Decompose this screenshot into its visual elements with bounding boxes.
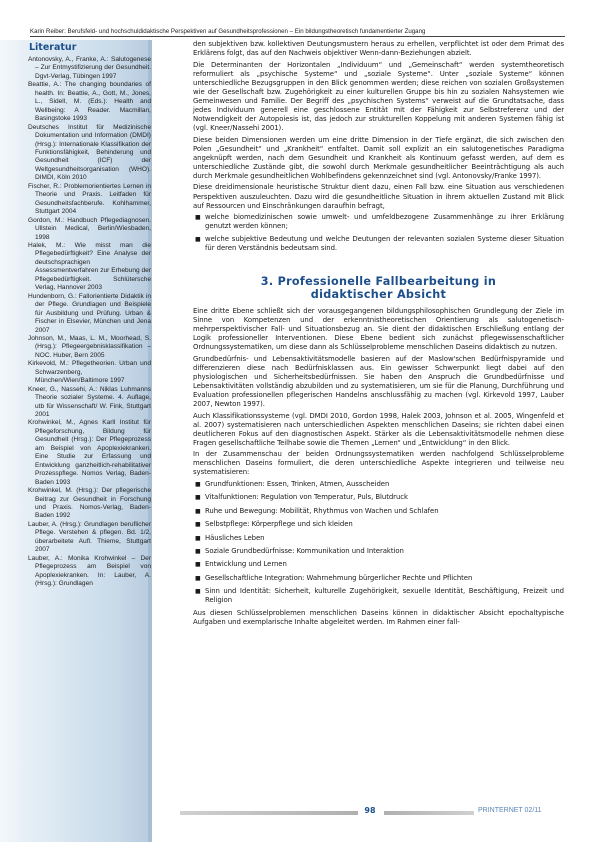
- list-item-text: Ruhe und Bewegung: Mobilität, Rhythmus v…: [205, 507, 439, 515]
- list-item: ■Soziale Grundbedürfnisse: Kommunikation…: [193, 547, 564, 556]
- list-item: ■Entwicklung und Lernen: [193, 560, 564, 569]
- list-item: ■Ruhe und Bewegung: Mobilität, Rhythmus …: [193, 507, 564, 516]
- reference-entry: Johnson, M., Maas, L. M., Moorhead, S. (…: [28, 335, 151, 360]
- list-item-text: Vitalfunktionen: Regulation von Temperat…: [205, 493, 408, 501]
- body-paragraph: In der Zusammenschau der beiden Ordnungs…: [193, 450, 564, 477]
- bullet-icon: ■: [195, 547, 201, 556]
- list-item: ■Sinn und Identität: Sicherheit, kulture…: [193, 587, 564, 605]
- list-item-text: Entwicklung und Lernen: [205, 560, 287, 568]
- body-paragraph: Diese dreidimensionale heuristische Stru…: [193, 183, 564, 210]
- reference-entry: Kneer, G., Nassehi, A.: Niklas Luhmanns …: [28, 386, 151, 420]
- key-problems-list: ■Grundfunktionen: Essen, Trinken, Atmen,…: [193, 480, 564, 605]
- footer-rule-right: [384, 811, 474, 815]
- reference-entry: Lauber, A. (Hrsg.): Grundlagen beruflich…: [28, 521, 151, 555]
- references-title: Literatur: [29, 40, 151, 55]
- bullet-icon: ■: [195, 213, 201, 222]
- page-number: 98: [360, 806, 380, 815]
- list-item: ■Selbstpflege: Körperpflege und sich kle…: [193, 520, 564, 529]
- bullet-icon: ■: [195, 235, 201, 244]
- list-item: ■welche biomedizinischen sowie umwelt- u…: [193, 213, 564, 231]
- section-heading: 3. Professionelle Fallbearbeitung in did…: [193, 275, 564, 302]
- page-footer: 98 PRINTERNET 02/11: [148, 806, 568, 820]
- body-paragraph: Die Determinanten der Horizontalen „Indi…: [193, 61, 564, 133]
- body-paragraph: Grundbedürfnis- und Lebensaktivitätsmode…: [193, 355, 564, 409]
- perspective-list: ■welche biomedizinischen sowie umwelt- u…: [193, 213, 564, 253]
- list-item-text: Häusliches Leben: [205, 534, 265, 542]
- body-paragraph: Eine dritte Ebene schließt sich der vora…: [193, 307, 564, 352]
- bullet-icon: ■: [195, 574, 201, 583]
- journal-name: PRINTERNET 02/11: [478, 807, 542, 814]
- list-item: ■Gesellschaftliche Integration: Wahrnehm…: [193, 574, 564, 583]
- bullet-icon: ■: [195, 507, 201, 516]
- list-item: ■Häusliches Leben: [193, 534, 564, 543]
- bullet-icon: ■: [195, 587, 201, 596]
- bullet-icon: ■: [195, 560, 201, 569]
- references-sidebar: Literatur Antonovsky, A., Franke, A.: Sa…: [29, 40, 151, 589]
- reference-entry: Lauber, A.: Monika Krohwinkel – Der Pfle…: [28, 555, 151, 589]
- main-column: den subjektiven bzw. kollektiven Deutung…: [193, 40, 564, 630]
- list-item-text: Selbstpflege: Körperpflege und sich klei…: [205, 520, 353, 528]
- list-item-text: welche subjektive Bedeutung und welche D…: [205, 235, 564, 252]
- reference-entry: Deutsches Institut für Medizinische Doku…: [28, 124, 151, 183]
- list-item: ■Vitalfunktionen: Regulation von Tempera…: [193, 493, 564, 502]
- body-paragraph: Auch Klassifikationssysteme (vgl. DMDI 2…: [193, 412, 564, 448]
- body-paragraph: den subjektiven bzw. kollektiven Deutung…: [193, 40, 564, 58]
- list-item: ■Grundfunktionen: Essen, Trinken, Atmen,…: [193, 480, 564, 489]
- reference-entry: Fischer, R.: Problemorientiertes Lernen …: [28, 183, 151, 217]
- section-heading-line2: didaktischer Absicht: [311, 288, 446, 301]
- reference-entry: Hundenborn, G.: Fallorientierte Didaktik…: [28, 293, 151, 335]
- bullet-icon: ■: [195, 493, 201, 502]
- footer-rule-left: [180, 811, 358, 815]
- reference-entry: Krohwinkel, M., Agnes Karll Institut für…: [28, 419, 151, 487]
- reference-entry: Kirkevold, M.: Pflegetheorien. Urban und…: [28, 360, 151, 385]
- reference-entry: Beattie, A.: The changing boundaries of …: [28, 81, 151, 123]
- list-item: ■welche subjektive Bedeutung und welche …: [193, 235, 564, 253]
- list-item-text: Grundfunktionen: Essen, Trinken, Atmen, …: [205, 480, 389, 488]
- list-item-text: Sinn und Identität: Sicherheit, kulturel…: [205, 587, 564, 604]
- bullet-icon: ■: [195, 520, 201, 529]
- bullet-icon: ■: [195, 480, 201, 489]
- list-item-text: Gesellschaftliche Integration: Wahrnehmu…: [205, 574, 472, 582]
- reference-entry: Gordon, M.: Handbuch Pflegediagnosen. Ul…: [28, 217, 151, 242]
- reference-entry: Krohwinkel, M. (Hrsg.): Der pflegerische…: [28, 487, 151, 521]
- body-paragraph: Aus diesen Schlüsselproblemen menschlich…: [193, 609, 564, 627]
- section-heading-line1: 3. Professionelle Fallbearbeitung in: [261, 275, 496, 288]
- bullet-icon: ■: [195, 534, 201, 543]
- running-head: Karin Reiber: Berufsfeld- und hochschuld…: [30, 28, 565, 37]
- body-paragraph: Diese beiden Dimensionen werden um eine …: [193, 136, 564, 181]
- reference-entry: Antonovsky, A., Franke, A.: Salutogenese…: [28, 56, 151, 81]
- list-item-text: welche biomedizinischen sowie umwelt- un…: [205, 213, 564, 230]
- list-item-text: Soziale Grundbedürfnisse: Kommunikation …: [205, 547, 404, 555]
- reference-entry: Halek, M.: Wie misst man die Pflegebedür…: [28, 242, 151, 293]
